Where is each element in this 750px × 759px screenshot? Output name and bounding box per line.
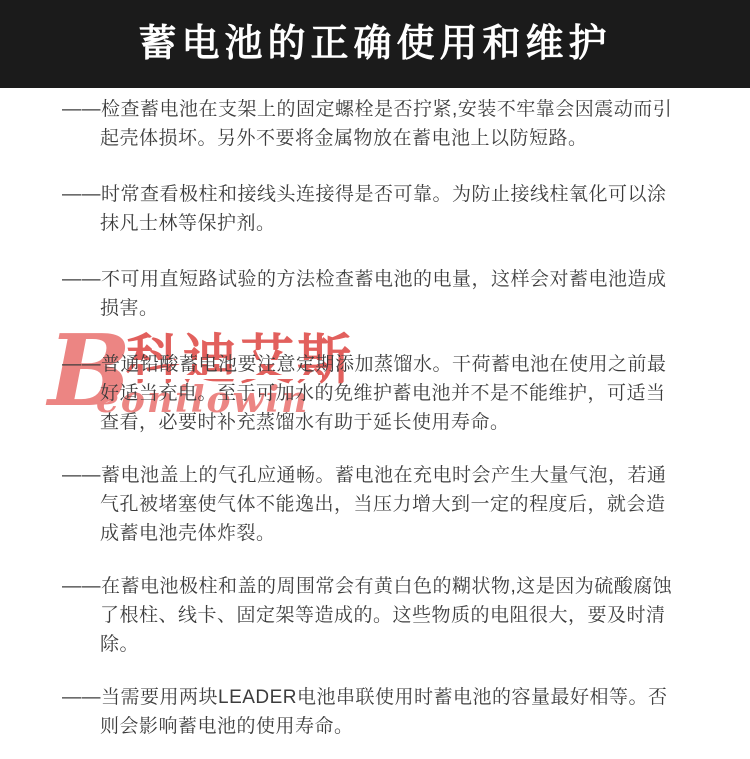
- paragraph: ——检查蓄电池在支架上的固定螺栓是否拧紧,安装不牢靠会因震动而引 起壳体损坏。另…: [62, 95, 702, 153]
- paragraph-line: ——不可用直短路试验的方法检查蓄电池的电量，这样会对蓄电池造成: [62, 265, 702, 294]
- paragraph-line: 成蓄电池壳体炸裂。: [62, 519, 702, 548]
- paragraph: ——在蓄电池极柱和盖的周围常会有黄白色的糊状物,这是因为硫酸腐蚀 了根柱、线卡、…: [62, 572, 702, 659]
- paragraph-line: 抹凡士林等保护剂。: [62, 209, 702, 238]
- paragraph: ——不可用直短路试验的方法检查蓄电池的电量，这样会对蓄电池造成 损害。: [62, 265, 702, 323]
- paragraph: ——普通铅酸蓄电池要注意定期添加蒸馏水。干荷蓄电池在使用之前最 好适当充电。至于…: [62, 350, 702, 437]
- paragraph-line: 气孔被堵塞使气体不能逸出，当压力增大到一定的程度后，就会造: [62, 490, 702, 519]
- paragraph: ——当需要用两块LEADER电池串联使用时蓄电池的容量最好相等。否 则会影响蓄电…: [62, 683, 702, 741]
- paragraph-line: 起壳体损坏。另外不要将金属物放在蓄电池上以防短路。: [62, 124, 702, 153]
- paragraph-line: 查看，必要时补充蒸馏水有助于延长使用寿命。: [62, 408, 702, 437]
- paragraph-line: ——当需要用两块LEADER电池串联使用时蓄电池的容量最好相等。否: [62, 683, 702, 712]
- article-body: ——检查蓄电池在支架上的固定螺栓是否拧紧,安装不牢靠会因震动而引 起壳体损坏。另…: [62, 95, 702, 759]
- paragraph-line: ——普通铅酸蓄电池要注意定期添加蒸馏水。干荷蓄电池在使用之前最: [62, 350, 702, 379]
- page-title: 蓄电池的正确使用和维护: [0, 0, 750, 88]
- paragraph-line: ——检查蓄电池在支架上的固定螺栓是否拧紧,安装不牢靠会因震动而引: [62, 95, 702, 124]
- paragraph-line: 好适当充电。至于可加水的免维护蓄电池并不是不能维护，可适当: [62, 379, 702, 408]
- header-banner: 蓄电池的正确使用和维护: [0, 0, 750, 88]
- paragraph-line: ——时常查看极柱和接线头连接得是否可靠。为防止接线柱氧化可以涂: [62, 180, 702, 209]
- paragraph-line: 除。: [62, 630, 702, 659]
- paragraph-line: ——蓄电池盖上的气孔应通畅。蓄电池在充电时会产生大量气泡，若通: [62, 461, 702, 490]
- paragraph: ——蓄电池盖上的气孔应通畅。蓄电池在充电时会产生大量气泡，若通 气孔被堵塞使气体…: [62, 461, 702, 548]
- paragraph-line: 则会影响蓄电池的使用寿命。: [62, 712, 702, 741]
- paragraph: ——时常查看极柱和接线头连接得是否可靠。为防止接线柱氧化可以涂 抹凡士林等保护剂…: [62, 180, 702, 238]
- paragraph-line: 了根柱、线卡、固定架等造成的。这些物质的电阻很大，要及时清: [62, 601, 702, 630]
- paragraph-line: 损害。: [62, 294, 702, 323]
- paragraph-line: ——在蓄电池极柱和盖的周围常会有黄白色的糊状物,这是因为硫酸腐蚀: [62, 572, 702, 601]
